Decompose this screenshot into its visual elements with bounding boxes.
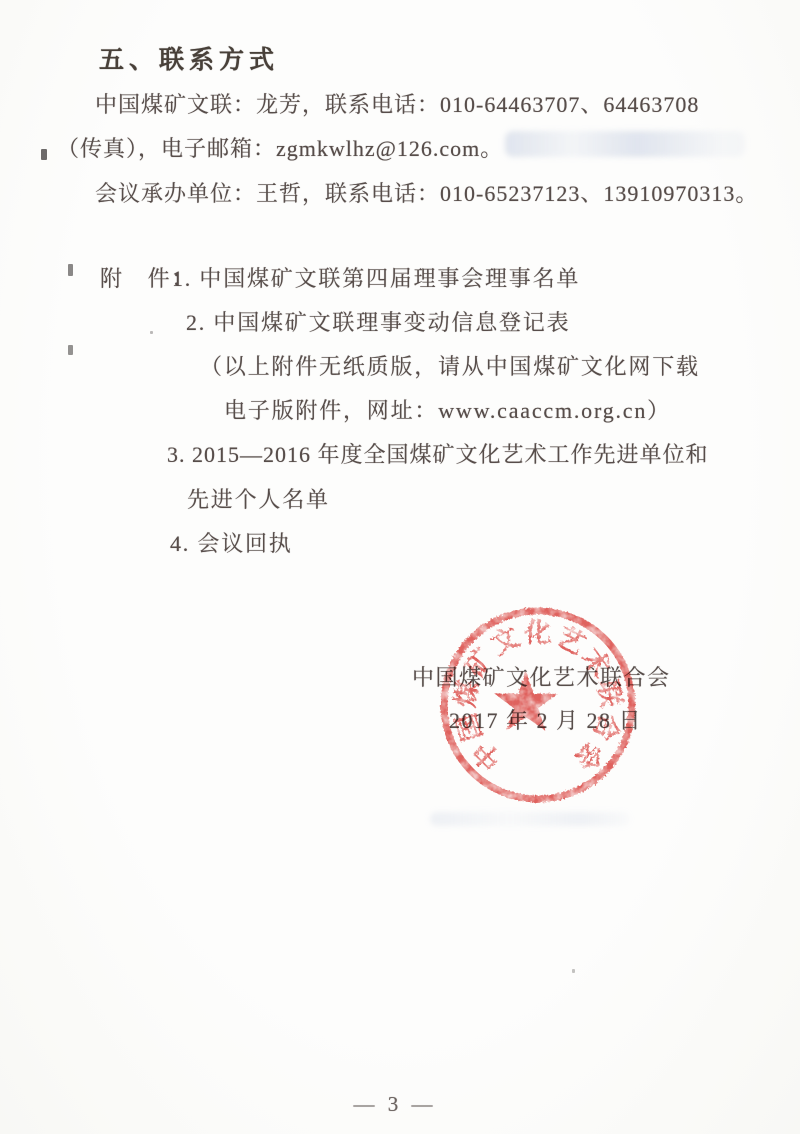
- contact-line-1: 中国煤矿文联：龙芳，联系电话：010-64463707、64463708: [95, 88, 699, 119]
- attachment-item-1: 1. 中国煤矿文联第四届理事会理事名单: [172, 262, 580, 293]
- attachment-note-line-1: （以上附件无纸质版，请从中国煤矿文化网下载: [200, 350, 700, 381]
- seal-character: 文: [486, 621, 524, 660]
- contact-line-2: （传真），电子邮箱：zgmkwlhz@126.com。: [57, 132, 503, 163]
- bleed-through-artifact: [505, 131, 745, 157]
- section-heading: 五、联系方式: [99, 40, 279, 76]
- page-number: — 3 —: [0, 1092, 790, 1117]
- official-seal-icon: 中 国 煤 矿 文 化 艺 术 联 合 会: [433, 600, 643, 810]
- scan-speck-artifact: [68, 345, 73, 355]
- attachment-item-3-line-1: 3. 2015—2016 年度全国煤矿文化艺术工作先进单位和: [167, 438, 709, 469]
- scan-speck-artifact: [572, 969, 575, 973]
- attachment-item-3-line-2: 先进个人名单: [187, 483, 330, 514]
- contact-line-3: 会议承办单位：王哲，联系电话：010-65237123、13910970313。: [95, 177, 758, 208]
- seal-star-icon: [495, 672, 558, 731]
- document-page: 五、联系方式 中国煤矿文联：龙芳，联系电话：010-64463707、64463…: [0, 0, 800, 1134]
- scan-speck-artifact: [68, 264, 73, 276]
- seal-character: 国: [451, 710, 488, 745]
- attachment-note-line-2: 电子版附件，网址：www.caaccm.org.cn）: [224, 394, 671, 425]
- attachment-item-2: 2. 中国煤矿文联理事变动信息登记表: [186, 306, 570, 337]
- scan-speck-artifact: [150, 331, 153, 334]
- bleed-through-artifact: [430, 812, 630, 826]
- seal-character: 煤: [450, 678, 484, 709]
- scan-speck-artifact: [41, 149, 47, 160]
- seal-character: 化: [524, 617, 552, 648]
- seal-character: 联: [592, 678, 626, 709]
- seal-character: 合: [588, 710, 626, 745]
- attachment-item-4: 4. 会议回执: [170, 527, 293, 558]
